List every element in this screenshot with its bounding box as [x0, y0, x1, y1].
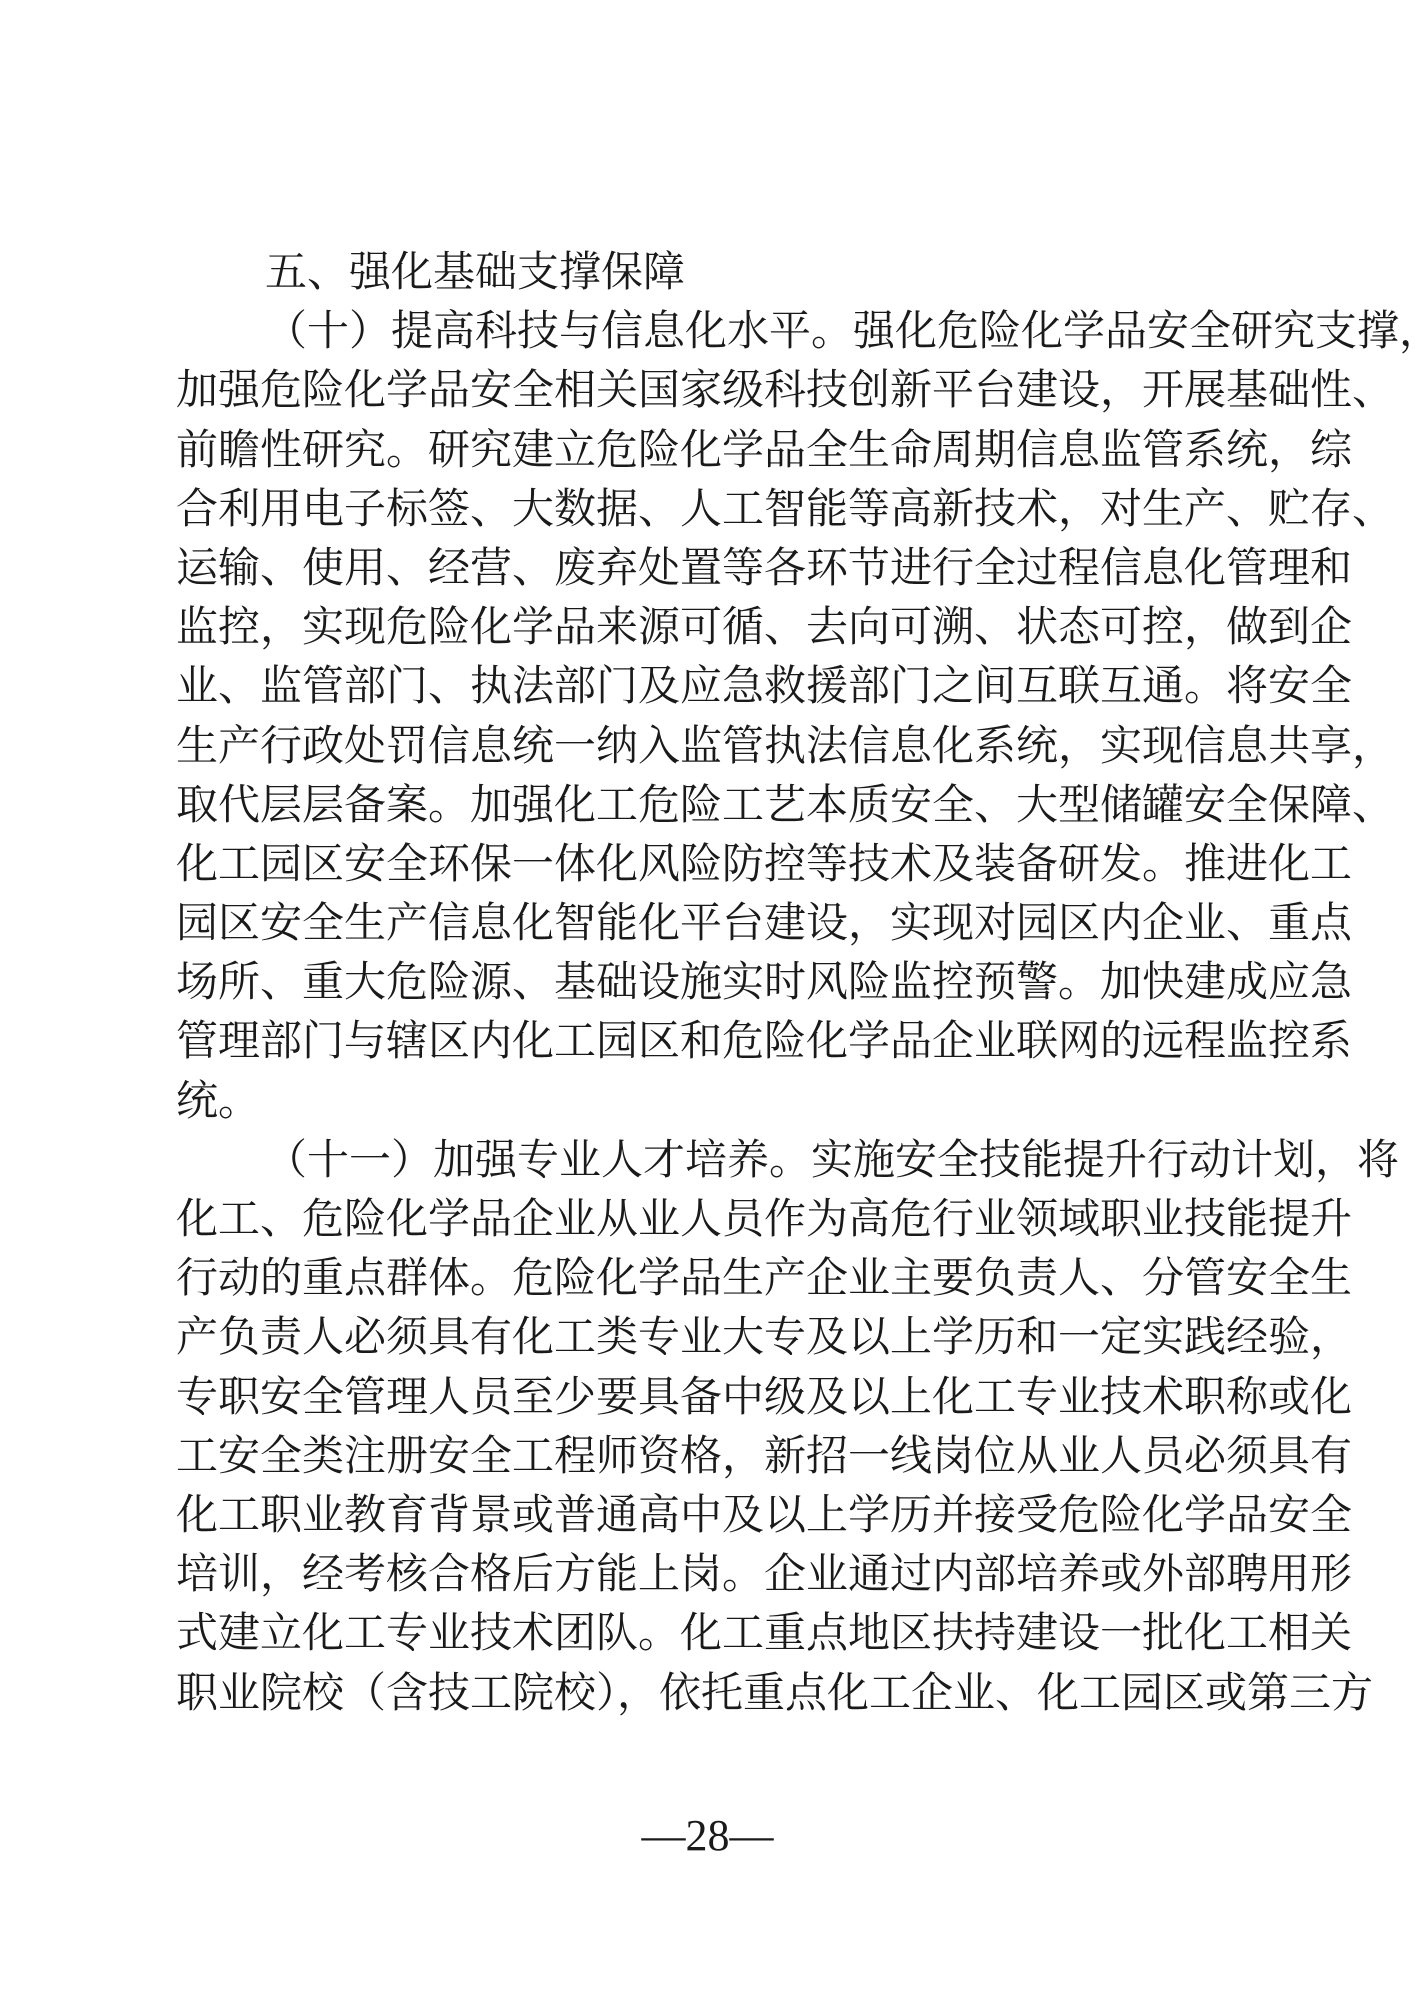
paragraph-11-line: 化工、危险化学品企业从业人员作为高危行业领域职业技能提升: [176, 1189, 1242, 1248]
body-text: 五、强化基础支撑保障 （十）提高科技与信息化水平。强化危险化学品安全研究支撑， …: [176, 242, 1242, 1722]
paragraph-10-line: 加强危险化学品安全相关国家级科技创新平台建设，开展基础性、: [176, 360, 1242, 419]
paragraph-10-line: 统。: [176, 1071, 1242, 1130]
paragraph-11-line: 职业院校（含技工院校），依托重点化工企业、化工园区或第三方: [176, 1663, 1242, 1722]
paragraph-10-line: 合利用电子标签、大数据、人工智能等高新技术，对生产、贮存、: [176, 479, 1242, 538]
paragraph-11-line: （十一）加强专业人才培养。实施安全技能提升行动计划，将: [176, 1130, 1242, 1189]
paragraph-11-line: 式建立化工专业技术团队。化工重点地区扶持建设一批化工相关: [176, 1603, 1242, 1662]
paragraph-10-line: 前瞻性研究。研究建立危险化学品全生命周期信息监管系统，综: [176, 420, 1242, 479]
document-page: 五、强化基础支撑保障 （十）提高科技与信息化水平。强化危险化学品安全研究支撑， …: [0, 0, 1415, 2000]
paragraph-10-line: 运输、使用、经营、废弃处置等各环节进行全过程信息化管理和: [176, 538, 1242, 597]
paragraph-11-line: 专职安全管理人员至少要具备中级及以上化工专业技术职称或化: [176, 1367, 1242, 1426]
paragraph-11-line: 工安全类注册安全工程师资格，新招一线岗位从业人员必须具有: [176, 1426, 1242, 1485]
paragraph-10-line: 业、监管部门、执法部门及应急救援部门之间互联互通。将安全: [176, 656, 1242, 715]
paragraph-11-line: 培训，经考核合格后方能上岗。企业通过内部培养或外部聘用形: [176, 1544, 1242, 1603]
page-number: —28—: [0, 1810, 1415, 1861]
paragraph-10-line: 园区安全生产信息化智能化平台建设，实现对园区内企业、重点: [176, 893, 1242, 952]
paragraph-10-line: 取代层层备案。加强化工危险工艺本质安全、大型储罐安全保障、: [176, 775, 1242, 834]
paragraph-11-line: 行动的重点群体。危险化学品生产企业主要负责人、分管安全生: [176, 1248, 1242, 1307]
section-heading: 五、强化基础支撑保障: [176, 242, 1242, 301]
paragraph-11-line: 化工职业教育背景或普通高中及以上学历并接受危险化学品安全: [176, 1485, 1242, 1544]
paragraph-10-line: 监控，实现危险化学品来源可循、去向可溯、状态可控，做到企: [176, 597, 1242, 656]
paragraph-10-line: 化工园区安全环保一体化风险防控等技术及装备研发。推进化工: [176, 834, 1242, 893]
paragraph-10-line: 管理部门与辖区内化工园区和危险化学品企业联网的远程监控系: [176, 1011, 1242, 1070]
paragraph-10-line: 生产行政处罚信息统一纳入监管执法信息化系统，实现信息共享，: [176, 716, 1242, 775]
paragraph-10-line: （十）提高科技与信息化水平。强化危险化学品安全研究支撑，: [176, 301, 1242, 360]
paragraph-10-line: 场所、重大危险源、基础设施实时风险监控预警。加快建成应急: [176, 952, 1242, 1011]
paragraph-11-line: 产负责人必须具有化工类专业大专及以上学历和一定实践经验，: [176, 1307, 1242, 1366]
